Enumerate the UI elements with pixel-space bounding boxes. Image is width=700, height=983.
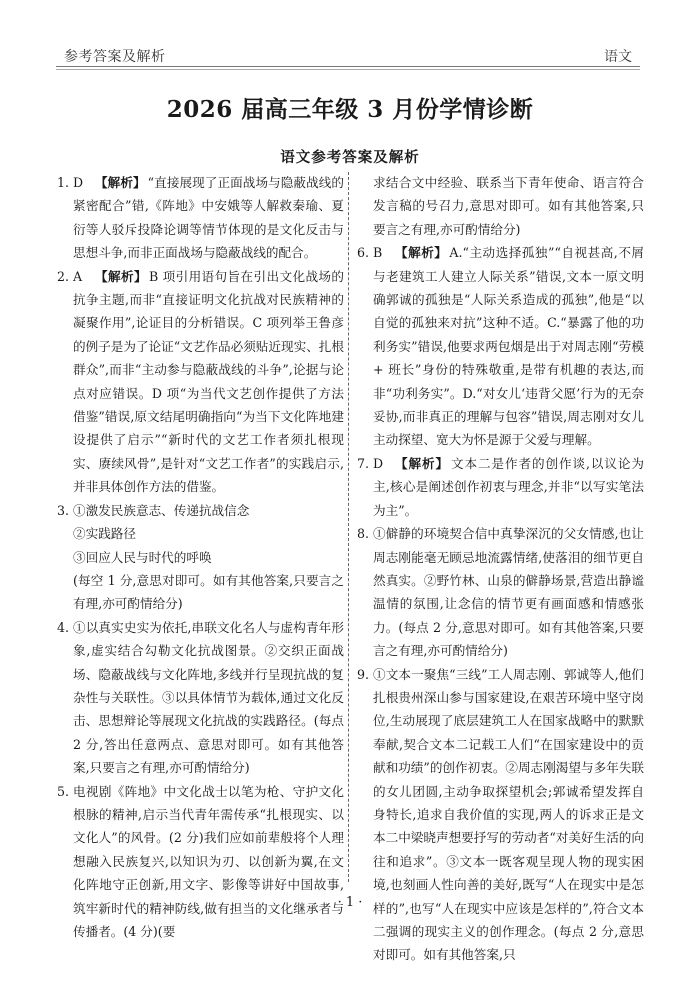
answer-text: A.“主动选择孤独”“自视甚高,不屑与老建筑工人建立人际关系”错误,文本一原文明… bbox=[373, 245, 644, 447]
question-number: 3. bbox=[57, 499, 69, 522]
answer-text: 求结合文中经验、联系当下青年使命、语言符合发言稿的号召力,意思对即可。如有其他答… bbox=[373, 175, 644, 237]
answer-text: ①文本一聚焦“三线”工人周志刚、郭诚等人,他们扎根贵州深山参与国家建设,在艰苦环… bbox=[373, 667, 644, 963]
answer-point: ②实践路径 bbox=[73, 522, 344, 545]
analysis-tag: 【解析】 bbox=[95, 269, 147, 284]
question-number: 2. A bbox=[57, 265, 82, 288]
answer-item-5: 5.电视剧《阵地》中文化战士以笔为枪、守护文化根脉的精神,启示当代青年需传承“扎… bbox=[56, 780, 344, 944]
answer-item-6: 6. B【解析】A.“主动选择孤独”“自视甚高,不屑与老建筑工人建立人际关系”错… bbox=[356, 241, 644, 452]
answer-item-2: 2. A【解析】B 项引用语句旨在引出文化战场的抗争主题,而非“直接证明文化抗战… bbox=[56, 265, 344, 499]
answer-point: ①激发民族意志、传递抗战信念 bbox=[73, 499, 344, 522]
analysis-tag: 【解析】 bbox=[95, 175, 146, 190]
running-header: 参考答案及解析 语文 bbox=[56, 44, 640, 66]
answer-text: ①以真实史实为依托,串联文化名人与虚构青年形象,虚实结合勾勒文化抗战图景。②交织… bbox=[73, 620, 344, 775]
header-rule bbox=[56, 66, 640, 67]
answer-item-7: 7. D【解析】文本二是作者的创作谈,以议论为主,核心是阐述创作初衷与理念,并非… bbox=[356, 452, 644, 522]
answer-item-1: 1. D【解析】“直接展现了正面战场与隐蔽战线的紧密配合”错,《阵地》中安娥等人… bbox=[56, 171, 344, 265]
page-title: 2026 届高三年级 3 月份学情诊断 bbox=[0, 91, 700, 124]
answer-item-3: 3. ①激发民族意志、传递抗战信念 ②实践路径 ③回应人民与时代的呼唤 (每空 … bbox=[56, 499, 344, 616]
question-number: 7. D bbox=[357, 452, 383, 475]
column-divider bbox=[348, 172, 349, 882]
answer-item-5-continued: 求结合文中经验、联系当下青年使命、语言符合发言稿的号召力,意思对即可。如有其他答… bbox=[356, 171, 644, 241]
page-number: · 1 · bbox=[0, 895, 700, 910]
answer-point: ③回应人民与时代的呼唤 bbox=[73, 546, 344, 569]
answer-item-9: 9.①文本一聚焦“三线”工人周志刚、郭诚等人,他们扎根贵州深山参与国家建设,在艰… bbox=[356, 663, 644, 967]
header-subject: 语文 bbox=[604, 46, 632, 66]
page-subtitle: 语文参考答案及解析 bbox=[0, 146, 700, 167]
answer-item-4: 4.①以真实史实为依托,串联文化名人与虚构青年形象,虚实结合勾勒文化抗战图景。②… bbox=[56, 616, 344, 780]
question-number: 5. bbox=[57, 780, 69, 803]
analysis-tag: 【解析】 bbox=[395, 245, 447, 260]
answer-text: 电视剧《阵地》中文化战士以笔为枪、守护文化根脉的精神,启示当代青年需传承“扎根现… bbox=[73, 784, 344, 939]
question-number: 9. bbox=[357, 663, 369, 686]
question-number: 8. bbox=[357, 522, 369, 545]
scoring-note: (每空 1 分,意思对即可。如有其他答案,只要言之有理,亦可酌情给分) bbox=[73, 569, 344, 616]
header-doc-type: 参考答案及解析 bbox=[64, 46, 166, 66]
answer-item-8: 8.①僻静的环境契合信中真挚深沉的父女情感,也让周志刚能毫无顾忌地流露情绪,使落… bbox=[356, 522, 644, 662]
right-column: 求结合文中经验、联系当下青年使命、语言符合发言稿的号召力,意思对即可。如有其他答… bbox=[356, 171, 644, 967]
answer-text: ①僻静的环境契合信中真挚深沉的父女情感,也让周志刚能毫无顾忌地流露情绪,使落泪的… bbox=[373, 526, 644, 658]
analysis-tag: 【解析】 bbox=[395, 456, 449, 471]
question-number: 1. D bbox=[57, 171, 83, 194]
question-number: 6. B bbox=[357, 241, 382, 264]
left-column: 1. D【解析】“直接展现了正面战场与隐蔽战线的紧密配合”错,《阵地》中安娥等人… bbox=[56, 171, 344, 943]
question-number: 4. bbox=[57, 616, 69, 639]
header-rule-thin bbox=[56, 69, 640, 70]
answer-text: B 项引用语句旨在引出文化战场的抗争主题,而非“直接证明文化抗战对民族精神的凝聚… bbox=[73, 269, 344, 495]
